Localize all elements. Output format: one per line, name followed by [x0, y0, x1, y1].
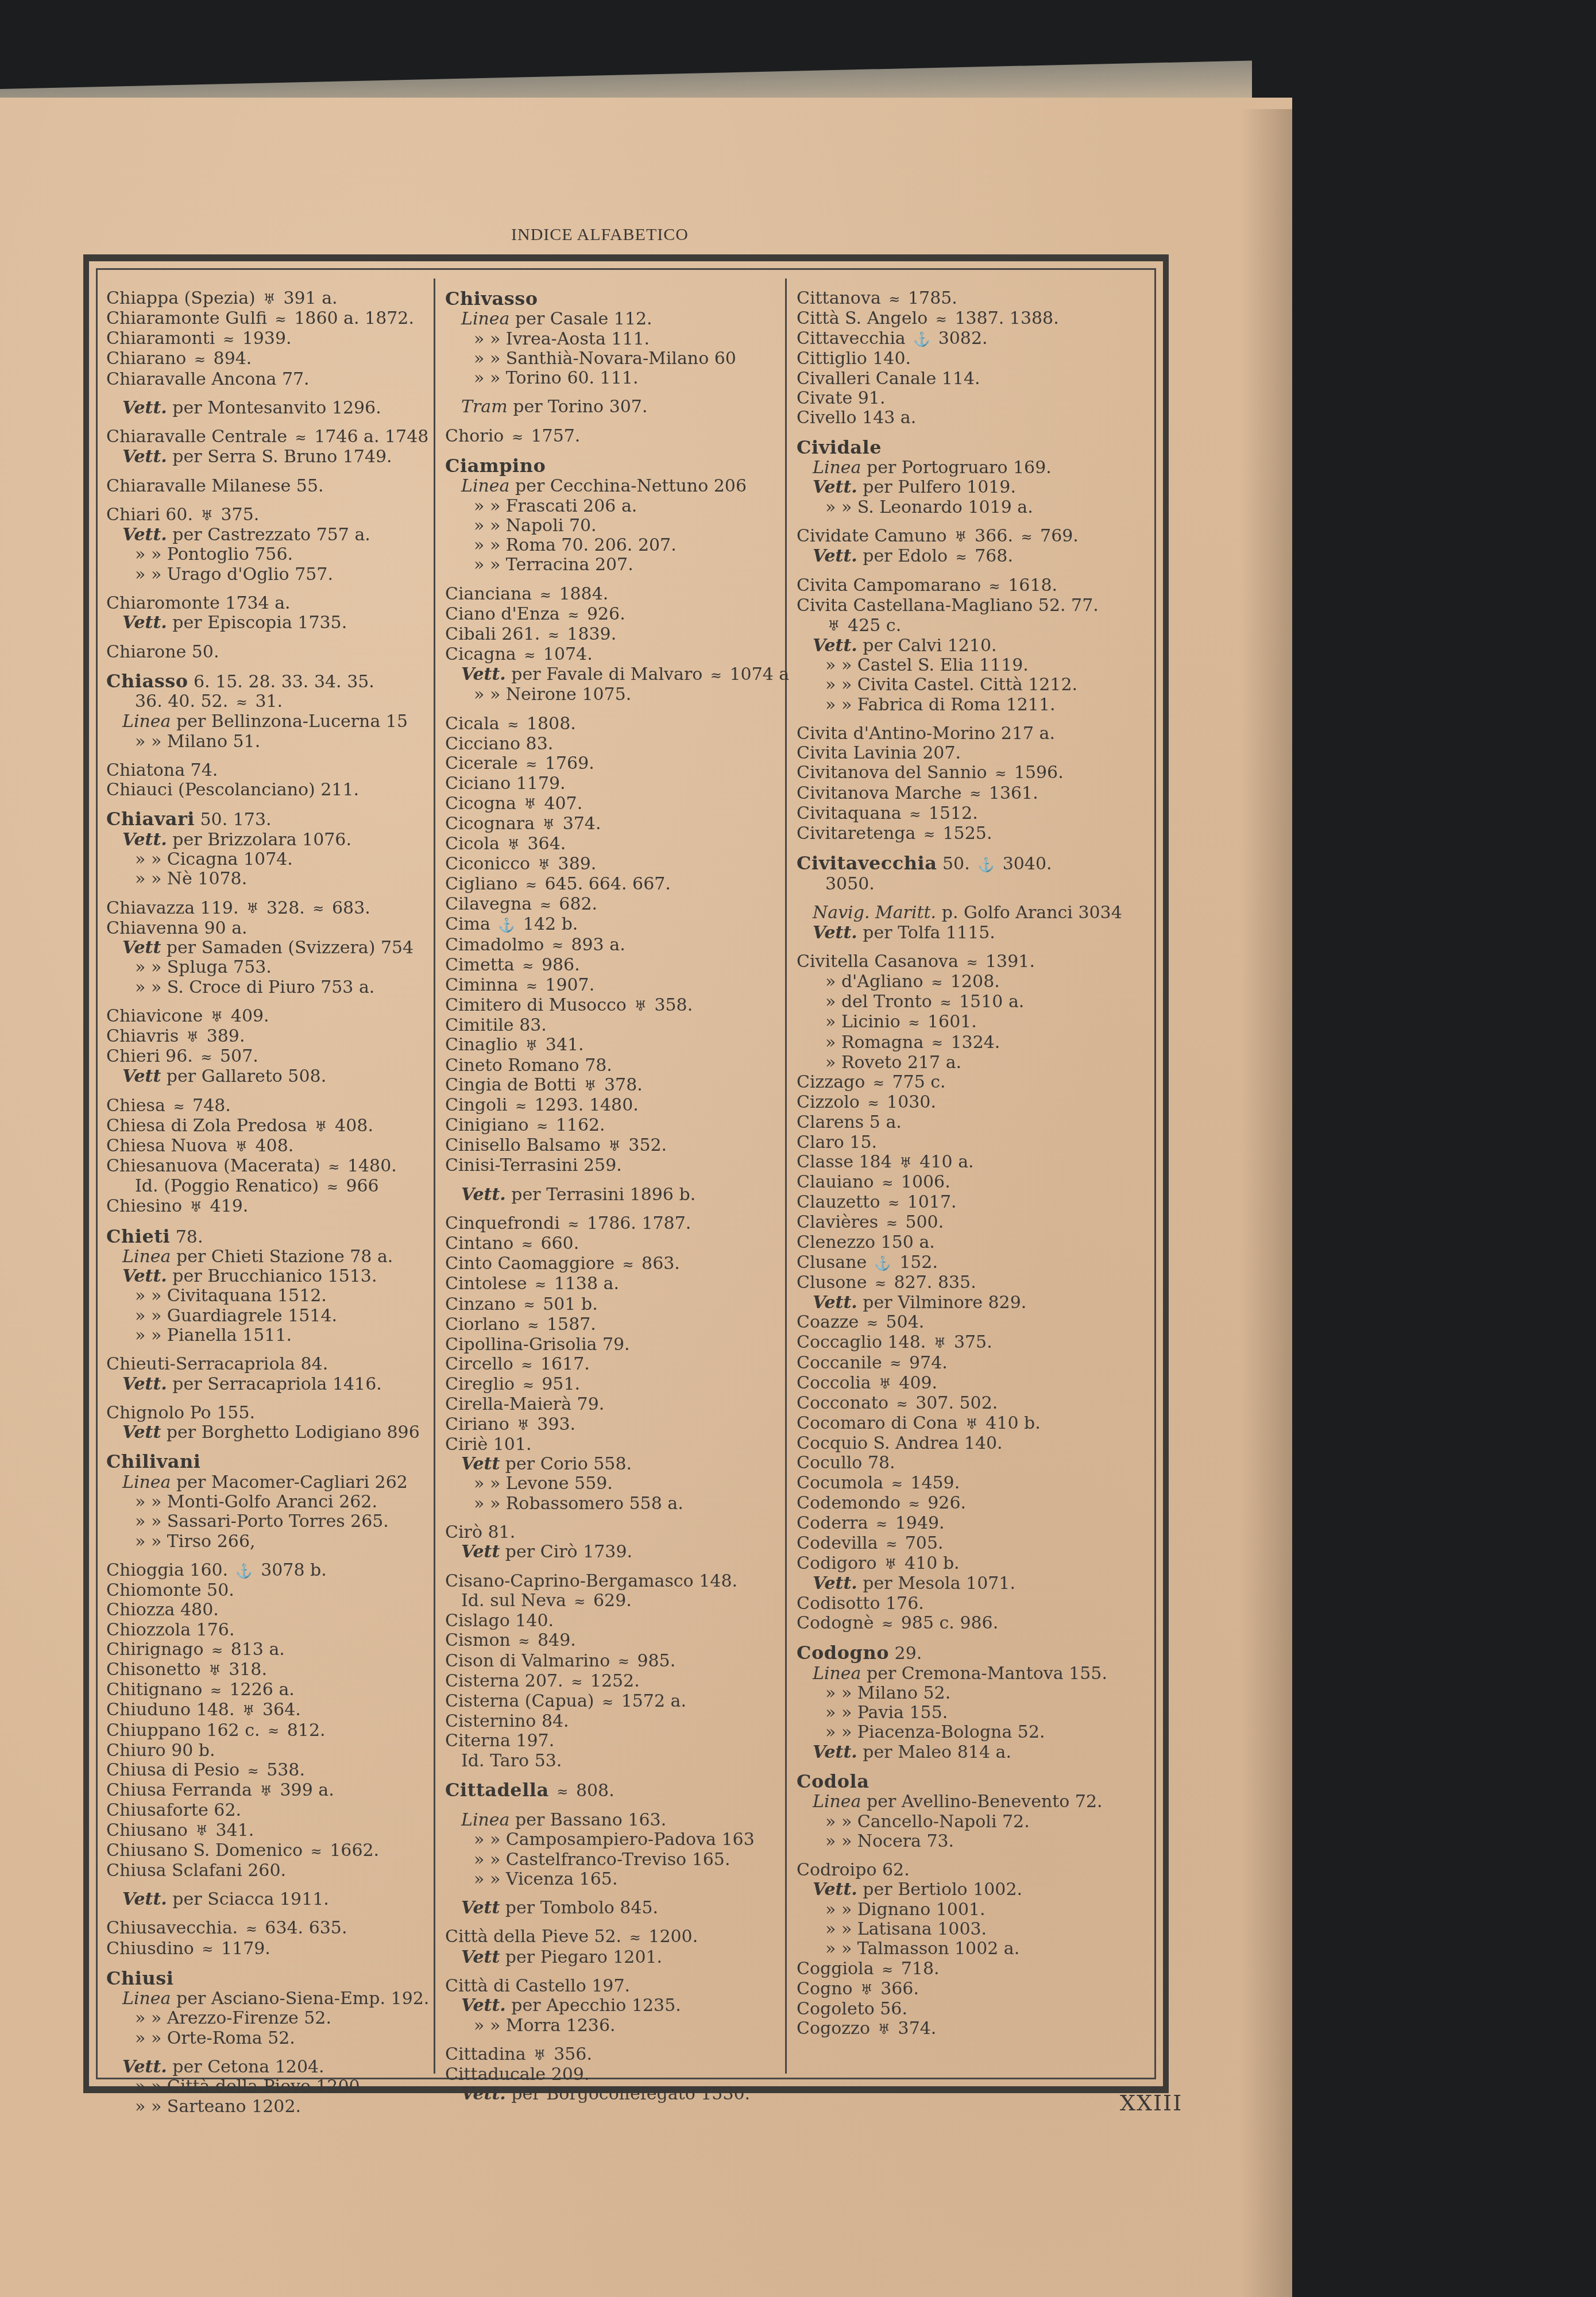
tram-line-icon: ≈	[886, 1534, 897, 1554]
tram-line-icon: ≈	[211, 1641, 223, 1660]
headword: Chiusi	[106, 1967, 173, 1989]
index-entry: » » Pontoglio 756.	[106, 545, 428, 564]
index-entry: Vett. per Terrasini 1896 b.	[445, 1185, 772, 1205]
entry-spacer	[445, 417, 772, 427]
index-entry: Linea per Asciano-Siena-Emp. 192.	[106, 1989, 428, 2009]
index-entry: Cintano ≈ 660.	[445, 1234, 772, 1254]
index-entry: Cirella-Maierà 79.	[445, 1395, 772, 1414]
index-entry: Citerna 197.	[445, 1731, 772, 1751]
index-entry: Cilavegna ≈ 682.	[445, 895, 772, 915]
index-entry: Chieuti-Serracapriola 84.	[106, 1355, 428, 1374]
route-type-label: Vett.	[813, 546, 857, 566]
index-column-2: ChivassoLinea per Casale 112.» » Ivrea-A…	[445, 289, 772, 2105]
tram-line-icon: ≈	[710, 666, 722, 685]
tram-line-icon: ≈	[246, 1919, 257, 1939]
bell-icon: ♅	[884, 1554, 897, 1574]
tram-line-icon: ≈	[966, 953, 977, 972]
index-entry: Chiasso 6. 15. 28. 33. 34. 35.	[106, 671, 428, 692]
index-entry: Chiesino ♅ 419.	[106, 1197, 428, 1217]
index-entry: Cireglio ≈ 951.	[445, 1375, 772, 1395]
index-entry: » » Spluga 753.	[106, 958, 428, 977]
entry-spacer	[445, 1967, 772, 1977]
tram-line-icon: ≈	[909, 805, 921, 824]
tram-line-icon: ≈	[995, 764, 1006, 783]
index-entry: Chivasso	[445, 289, 772, 310]
index-entry: Cittaducale 209.	[445, 2065, 772, 2085]
index-entry: » » Arezzo-Firenze 52.	[106, 2009, 428, 2028]
index-entry: » » Dignano 1001.	[797, 1900, 1135, 1920]
index-entry: Linea per Casale 112.	[445, 310, 772, 329]
route-type-label: Linea	[813, 458, 861, 478]
boat-landing-icon: ⚓	[977, 855, 995, 875]
bell-icon: ♅	[534, 2045, 546, 2065]
index-entry: » » Sarteano 1202.	[106, 2097, 428, 2117]
index-entry: Cisterna (Capua) ≈ 1572 a.	[445, 1692, 772, 1712]
index-entry: » » Nè 1078.	[106, 869, 428, 889]
index-entry: Ciriano ♅ 393.	[445, 1415, 772, 1435]
index-entry: Cocquio S. Andrea 140.	[797, 1434, 1135, 1453]
bell-icon: ♅	[584, 1076, 597, 1096]
index-entry: Vett per Borghetto Lodigiano 896	[106, 1423, 428, 1443]
route-type-label: Navig. Maritt.	[813, 903, 936, 923]
index-entry: Città della Pieve 52. ≈ 1200.	[445, 1927, 772, 1947]
route-type-label: Linea	[813, 1664, 861, 1684]
headword: Civitavecchia	[797, 852, 937, 874]
tram-line-icon: ≈	[523, 1375, 534, 1395]
index-entry: Chiusi	[106, 1969, 428, 1989]
index-entry: Vett. per Episcopia 1735.	[106, 613, 428, 633]
tram-line-icon: ≈	[327, 1177, 338, 1197]
index-entry: Cittavecchia ⚓ 3082.	[797, 329, 1135, 349]
route-type-label: Vett.	[122, 525, 167, 545]
tram-line-icon: ≈	[311, 1842, 322, 1861]
index-entry: Linea per Cecchina-Nettuno 206	[445, 477, 772, 496]
tram-line-icon: ≈	[908, 1013, 919, 1033]
index-entry: » » Vicenza 165.	[445, 1870, 772, 1889]
index-entry: » » Ivrea-Aosta 111.	[445, 330, 772, 349]
index-entry: Chiaramonte Gulfi ≈ 1860 a. 1872.	[106, 309, 428, 329]
index-entry: Vett per Corio 558.	[445, 1455, 772, 1474]
entry-spacer	[106, 585, 428, 594]
tram-line-icon: ≈	[622, 1255, 633, 1274]
boat-landing-icon: ⚓	[236, 1561, 253, 1581]
tram-line-icon: ≈	[571, 1672, 582, 1692]
index-entry: Chiaramonti ≈ 1939.	[106, 329, 428, 349]
index-entry: » » Latisana 1003.	[797, 1920, 1135, 1939]
index-entry: » » Guardiagrele 1514.	[106, 1306, 428, 1326]
index-entry: Vett per Piegaro 1201.	[445, 1948, 772, 1967]
tram-line-icon: ≈	[540, 895, 551, 915]
headword: Cividale	[797, 436, 882, 458]
entry-spacer	[106, 1909, 428, 1919]
bell-icon: ♅	[190, 1197, 203, 1217]
route-type-label: Linea	[122, 1989, 171, 2009]
index-entry: » d'Agliano ≈ 1208.	[797, 972, 1135, 992]
tram-line-icon: ≈	[989, 577, 1000, 596]
index-entry: » » Terracina 207.	[445, 555, 772, 575]
column-divider	[785, 279, 787, 2074]
headword: Chieti	[106, 1225, 170, 1247]
index-entry: Cocconato ≈ 307. 502.	[797, 1394, 1135, 1414]
headword: Cittadella	[445, 1779, 549, 1801]
index-entry: Chiomonte 50.	[106, 1581, 428, 1600]
tram-line-icon: ≈	[525, 875, 537, 895]
entry-spacer	[797, 894, 1135, 903]
route-type-label: Linea	[461, 309, 509, 329]
tram-line-icon: ≈	[867, 1093, 879, 1113]
tram-line-icon: ≈	[886, 1213, 898, 1233]
index-entry: Chiusano ♅ 341.	[106, 1821, 428, 1841]
route-type-label: Vett	[461, 1542, 500, 1562]
index-entry: » » Urago d'Oglio 757.	[106, 565, 428, 585]
index-entry: Cismon ≈ 849.	[445, 1631, 772, 1651]
index-entry: Civitanova del Sannio ≈ 1596.	[797, 763, 1135, 783]
entry-spacer	[797, 715, 1135, 724]
index-entry: Chisonetto ♅ 318.	[106, 1660, 428, 1680]
route-type-label: Vett.	[813, 477, 857, 497]
route-type-label: Vett	[122, 1422, 161, 1443]
boat-landing-icon: ⚓	[875, 1254, 892, 1273]
headword: Chiavari	[106, 808, 195, 830]
index-entry: Civate 91.	[797, 389, 1135, 408]
index-entry: Claro 15.	[797, 1133, 1135, 1153]
tram-line-icon: ≈	[525, 755, 537, 774]
index-entry: Vett. per Serracapriola 1416.	[106, 1375, 428, 1394]
index-entry: Cimitile 83.	[445, 1016, 772, 1035]
index-entry: Chiappa (Spezia) ♅ 391 a.	[106, 289, 428, 309]
index-entry: » » Robassomero 558 a.	[445, 1494, 772, 1514]
index-entry: » » Civita Castel. Città 1212.	[797, 675, 1135, 695]
index-entry: Chieti 78.	[106, 1227, 428, 1247]
bell-icon: ♅	[538, 855, 551, 875]
index-entry: Vett per Samaden (Svizzera) 754	[106, 938, 428, 958]
bell-icon: ♅	[260, 1781, 272, 1801]
entry-spacer	[445, 1918, 772, 1927]
index-entry: Cicognara ♅ 374.	[445, 814, 772, 834]
index-entry: » » Città della Pieve 1200.	[106, 2077, 428, 2097]
tram-line-icon: ≈	[969, 784, 981, 803]
index-entry: Codognè ≈ 985 c. 986.	[797, 1614, 1135, 1634]
index-entry: Civitella Casanova ≈ 1391.	[797, 952, 1135, 972]
route-type-label: Linea	[461, 476, 509, 496]
index-entry: Civalleri Canale 114.	[797, 369, 1135, 389]
index-entry: Vett. per Sciacca 1911.	[106, 1890, 428, 1909]
index-entry: Cinzano ≈ 501 b.	[445, 1295, 772, 1315]
entry-spacer	[797, 1851, 1135, 1861]
index-entry: Cittiglio 140.	[797, 349, 1135, 369]
index-entry: Chiarone 50.	[106, 643, 428, 662]
index-entry: ♅ 425 c.	[797, 616, 1135, 636]
tram-line-icon: ≈	[236, 693, 248, 712]
index-entry: » » Levone 559.	[445, 1474, 772, 1494]
index-entry: Clusone ≈ 827. 835.	[797, 1273, 1135, 1293]
page-shadow	[1241, 109, 1292, 2297]
tram-line-icon: ≈	[936, 310, 947, 329]
index-entry: » » Nocera 73.	[797, 1832, 1135, 1851]
index-entry: Ciconicco ♅ 389.	[445, 854, 772, 875]
index-entry: » » Talmasson 1002 a.	[797, 1939, 1135, 1959]
route-type-label: Vett.	[813, 1573, 857, 1594]
index-entry: Cinquefrondi ≈ 1786. 1787.	[445, 1214, 772, 1234]
index-entry: » » Cicagna 1074.	[106, 850, 428, 869]
index-entry: Città S. Angelo ≈ 1387. 1388.	[797, 309, 1135, 329]
tram-line-icon: ≈	[523, 1295, 535, 1314]
page-number: XXIII	[1120, 2090, 1182, 2116]
route-type-label: Vett.	[461, 2084, 506, 2104]
tram-line-icon: ≈	[888, 289, 900, 309]
index-entry: Cogno ♅ 366.	[797, 1979, 1135, 2000]
tram-line-icon: ≈	[328, 1157, 339, 1177]
index-entry: Vett. per Brizzolara 1076.	[106, 830, 428, 850]
index-entry: Vett. per Serra S. Bruno 1749.	[106, 447, 428, 467]
index-entry: Linea per Cremona-Mantova 155.	[797, 1664, 1135, 1684]
route-type-label: Vett.	[122, 1266, 167, 1286]
index-entry: Chiozza 480.	[106, 1600, 428, 1620]
index-entry: Coccolia ♅ 409.	[797, 1374, 1135, 1394]
entry-spacer	[106, 1345, 428, 1355]
index-entry: Vett. per Apecchio 1235.	[445, 1996, 772, 2016]
index-entry: Vett per Cirò 1739.	[445, 1542, 772, 1562]
tram-line-icon: ≈	[210, 1681, 222, 1700]
index-entry: Cinisello Balsamo ♅ 352.	[445, 1136, 772, 1156]
index-entry: Civita d'Antino-Morino 217 a.	[797, 724, 1135, 744]
route-type-label: Vett.	[461, 1996, 506, 2016]
entry-spacer	[106, 890, 428, 899]
bell-icon: ♅	[263, 289, 276, 309]
index-entry: Chiuduno 148. ♅ 364.	[106, 1700, 428, 1720]
index-entry: Vett. per Maleo 814 a.	[797, 1743, 1135, 1762]
index-entry: Vett. per Mesola 1071.	[797, 1574, 1135, 1594]
route-type-label: Vett.	[813, 636, 857, 656]
index-entry: Chilivani	[106, 1452, 428, 1472]
entry-spacer	[106, 752, 428, 761]
index-entry: Chiusdino ≈ 1179.	[106, 1939, 428, 1959]
boat-landing-icon: ⚓	[498, 915, 515, 935]
index-entry: Codogno 29.	[797, 1643, 1135, 1664]
tram-line-icon: ≈	[557, 1782, 568, 1801]
tram-line-icon: ≈	[248, 1761, 259, 1781]
tram-line-icon: ≈	[295, 428, 307, 447]
index-entry: Vett. per Pulfero 1019.	[797, 478, 1135, 497]
tram-line-icon: ≈	[552, 935, 563, 955]
index-entry: Chioggia 160. ⚓ 3078 b.	[106, 1561, 428, 1581]
index-entry: » » Civitaquana 1512.	[106, 1286, 428, 1306]
index-entry: Cicagna ≈ 1074.	[445, 645, 772, 665]
route-type-label: Tram	[461, 397, 508, 417]
tram-line-icon: ≈	[867, 1313, 878, 1333]
entry-spacer	[106, 1087, 428, 1096]
index-entry: Chiusavecchia. ≈ 634. 635.	[106, 1919, 428, 1939]
index-entry: Civita Campomarano ≈ 1618.	[797, 576, 1135, 596]
tram-line-icon: ≈	[507, 715, 519, 734]
index-entry: Civita Castellana-Magliano 52. 77.	[797, 596, 1135, 616]
entry-spacer	[106, 418, 428, 427]
index-entry: Codisotto 176.	[797, 1594, 1135, 1614]
index-entry: Vett. per Tolfa 1115.	[797, 923, 1135, 943]
tram-line-icon: ≈	[618, 1652, 629, 1671]
index-entry: Chiesa Nuova ♅ 408.	[106, 1136, 428, 1157]
index-entry: Ciampino	[445, 456, 772, 477]
route-type-label: Linea	[461, 1810, 509, 1830]
index-entry: Codigoro ♅ 410 b.	[797, 1554, 1135, 1574]
index-entry: Vett. per Calvi 1210.	[797, 636, 1135, 656]
index-entry: Cingoli ≈ 1293. 1480.	[445, 1096, 772, 1116]
bell-icon: ♅	[934, 1333, 946, 1353]
route-type-label: Vett.	[122, 1889, 167, 1909]
index-entry: Chiavazza 119. ♅ 328. ≈ 683.	[106, 899, 428, 919]
index-entry: Vett. per Bertiolo 1002.	[797, 1880, 1135, 1900]
boat-landing-icon: ⚓	[913, 330, 930, 349]
index-entry: Vett per Tombolo 845.	[445, 1898, 772, 1918]
tram-line-icon: ≈	[173, 1097, 184, 1116]
entry-spacer	[445, 1801, 772, 1811]
tram-line-icon: ≈	[932, 1033, 943, 1053]
index-entry: Chiavari 50. 173.	[106, 809, 428, 830]
index-entry: Vett. per Brucchianico 1513.	[106, 1267, 428, 1286]
index-entry: Codevilla ≈ 705.	[797, 1534, 1135, 1554]
tram-line-icon: ≈	[518, 1631, 530, 1651]
index-entry: Cividale	[797, 438, 1135, 458]
bell-icon: ♅	[208, 1661, 221, 1680]
index-entry: Cimitero di Musocco ♅ 358.	[445, 996, 772, 1016]
index-entry: » del Tronto ≈ 1510 a.	[797, 992, 1135, 1012]
entry-spacer	[445, 2036, 772, 2045]
index-entry: Clauzetto ≈ 1017.	[797, 1193, 1135, 1213]
index-entry: Linea per Avellino-Benevento 72.	[797, 1792, 1135, 1812]
index-entry: Cianciana ≈ 1884.	[445, 585, 772, 605]
route-type-label: Vett.	[461, 664, 506, 685]
index-entry: Clusane ⚓ 152.	[797, 1253, 1135, 1273]
index-entry: Cipollina-Grisolia 79.	[445, 1335, 772, 1355]
index-entry: Civitavecchia 50. ⚓ 3040.	[797, 853, 1135, 875]
tram-line-icon: ≈	[896, 1394, 908, 1414]
index-entry: Cineto Romano 78.	[445, 1056, 772, 1076]
entry-spacer	[106, 496, 428, 505]
index-entry: Chieri 96. ≈ 507.	[106, 1047, 428, 1067]
index-entry: Cimadolmo ≈ 893 a.	[445, 935, 772, 956]
index-entry: Coggiola ≈ 718.	[797, 1959, 1135, 1979]
route-type-label: Linea	[122, 1472, 171, 1492]
index-entry: Cinaglio ♅ 341.	[445, 1035, 772, 1055]
index-entry: Cinto Caomaggiore ≈ 863.	[445, 1254, 772, 1274]
entry-spacer	[106, 2048, 428, 2058]
index-entry: Chiatona 74.	[106, 761, 428, 780]
entry-spacer	[797, 567, 1135, 576]
index-entry: Chorio ≈ 1757.	[445, 427, 772, 447]
tram-line-icon: ≈	[602, 1692, 613, 1712]
index-entry: » » Pianella 1511.	[106, 1326, 428, 1345]
index-entry: » » Milano 51.	[106, 732, 428, 752]
tram-line-icon: ≈	[194, 350, 206, 369]
headword: Codola	[797, 1770, 869, 1792]
bell-icon: ♅	[525, 1036, 538, 1055]
index-entry: Cicola ♅ 364.	[445, 834, 772, 854]
index-entry: Cislago 140.	[445, 1611, 772, 1631]
bell-icon: ♅	[211, 1007, 223, 1027]
index-entry: Chiauci (Pescolanciano) 211.	[106, 780, 428, 800]
index-entry: » » Castel S. Elia 1119.	[797, 656, 1135, 675]
index-entry: Civitaretenga ≈ 1525.	[797, 824, 1135, 844]
index-entry: » » Fabrica di Roma 1211.	[797, 695, 1135, 715]
route-type-label: Vett.	[122, 2057, 167, 2077]
index-entry: Cividate Camuno ♅ 366. ≈ 769.	[797, 527, 1135, 547]
entry-spacer	[445, 1176, 772, 1185]
index-entry: Chiusaforte 62.	[106, 1801, 428, 1820]
tram-line-icon: ≈	[567, 1215, 579, 1234]
index-entry: Civita Lavinia 207.	[797, 744, 1135, 763]
index-entry: Chiesanuova (Macerata) ≈ 1480.	[106, 1157, 428, 1177]
index-entry: Chiusa Ferranda ♅ 399 a.	[106, 1781, 428, 1801]
entry-spacer	[797, 943, 1135, 952]
route-type-label: Vett.	[461, 1185, 506, 1205]
tram-line-icon: ≈	[548, 625, 559, 645]
index-entry: » Licinio ≈ 1601.	[797, 1012, 1135, 1033]
bell-icon: ♅	[860, 1980, 873, 2000]
bell-icon: ♅	[828, 616, 840, 636]
route-type-label: Vett.	[122, 613, 167, 633]
index-entry: Cogoleto 56.	[797, 2000, 1135, 2019]
index-entry: Linea per Portogruaro 169.	[797, 458, 1135, 478]
tram-line-icon: ≈	[524, 645, 535, 665]
tram-line-icon: ≈	[515, 1096, 527, 1116]
index-entry: Cittanova ≈ 1785.	[797, 289, 1135, 309]
entry-spacer	[445, 388, 772, 397]
index-entry: Cocomaro di Cona ♅ 410 b.	[797, 1414, 1135, 1434]
index-entry: » » Neirone 1075.	[445, 685, 772, 705]
entry-spacer	[445, 1514, 772, 1523]
index-entry: Chiavris ♅ 389.	[106, 1027, 428, 1047]
index-entry: Cocullo 78.	[797, 1453, 1135, 1473]
tram-line-icon: ≈	[526, 976, 538, 996]
index-entry: Chiusano S. Domenico ≈ 1662.	[106, 1841, 428, 1861]
index-entry: Cogozzo ♅ 374.	[797, 2019, 1135, 2039]
bell-icon: ♅	[235, 1137, 248, 1157]
index-entry: Cima ⚓ 142 b.	[445, 915, 772, 935]
entry-spacer	[106, 633, 428, 643]
bell-icon: ♅	[879, 1374, 891, 1394]
index-entry: Codola	[797, 1772, 1135, 1792]
bell-icon: ♅	[899, 1153, 912, 1173]
bell-icon: ♅	[507, 835, 520, 854]
entry-spacer	[106, 389, 428, 399]
tram-line-icon: ≈	[512, 427, 523, 447]
index-entry: Clavières ≈ 500.	[797, 1213, 1135, 1233]
bell-icon: ♅	[242, 1701, 255, 1720]
index-entry: Ciriè 101.	[445, 1435, 772, 1455]
index-entry: Codemondo ≈ 926.	[797, 1494, 1135, 1514]
index-entry: Chiaromonte 1734 a.	[106, 594, 428, 613]
route-type-label: Vett	[122, 1066, 161, 1086]
index-entry: » » Frascati 206 a.	[445, 497, 772, 516]
tram-line-icon: ≈	[567, 605, 579, 625]
index-entry: Cintolese ≈ 1138 a.	[445, 1274, 772, 1294]
tram-line-icon: ≈	[535, 1275, 546, 1294]
index-entry: » » Camposampiero-Padova 163	[445, 1830, 772, 1850]
index-entry: Cimetta ≈ 986.	[445, 956, 772, 976]
index-entry: Tram per Torino 307.	[445, 397, 772, 417]
entry-spacer	[106, 997, 428, 1007]
index-entry: 36. 40. 52. ≈ 31.	[106, 692, 428, 712]
index-entry: » » Castelfranco-Treviso 165.	[445, 1850, 772, 1870]
index-entry: Cicciano 83.	[445, 734, 772, 754]
entry-spacer	[106, 467, 428, 477]
tram-line-icon: ≈	[888, 1193, 899, 1213]
tram-line-icon: ≈	[527, 1316, 539, 1335]
index-entry: » » Piacenza-Bologna 52.	[797, 1723, 1135, 1742]
route-type-label: Vett	[461, 1947, 500, 1967]
index-entry: Chiavicone ♅ 409.	[106, 1007, 428, 1027]
index-entry: » » Napoli 70.	[445, 516, 772, 536]
